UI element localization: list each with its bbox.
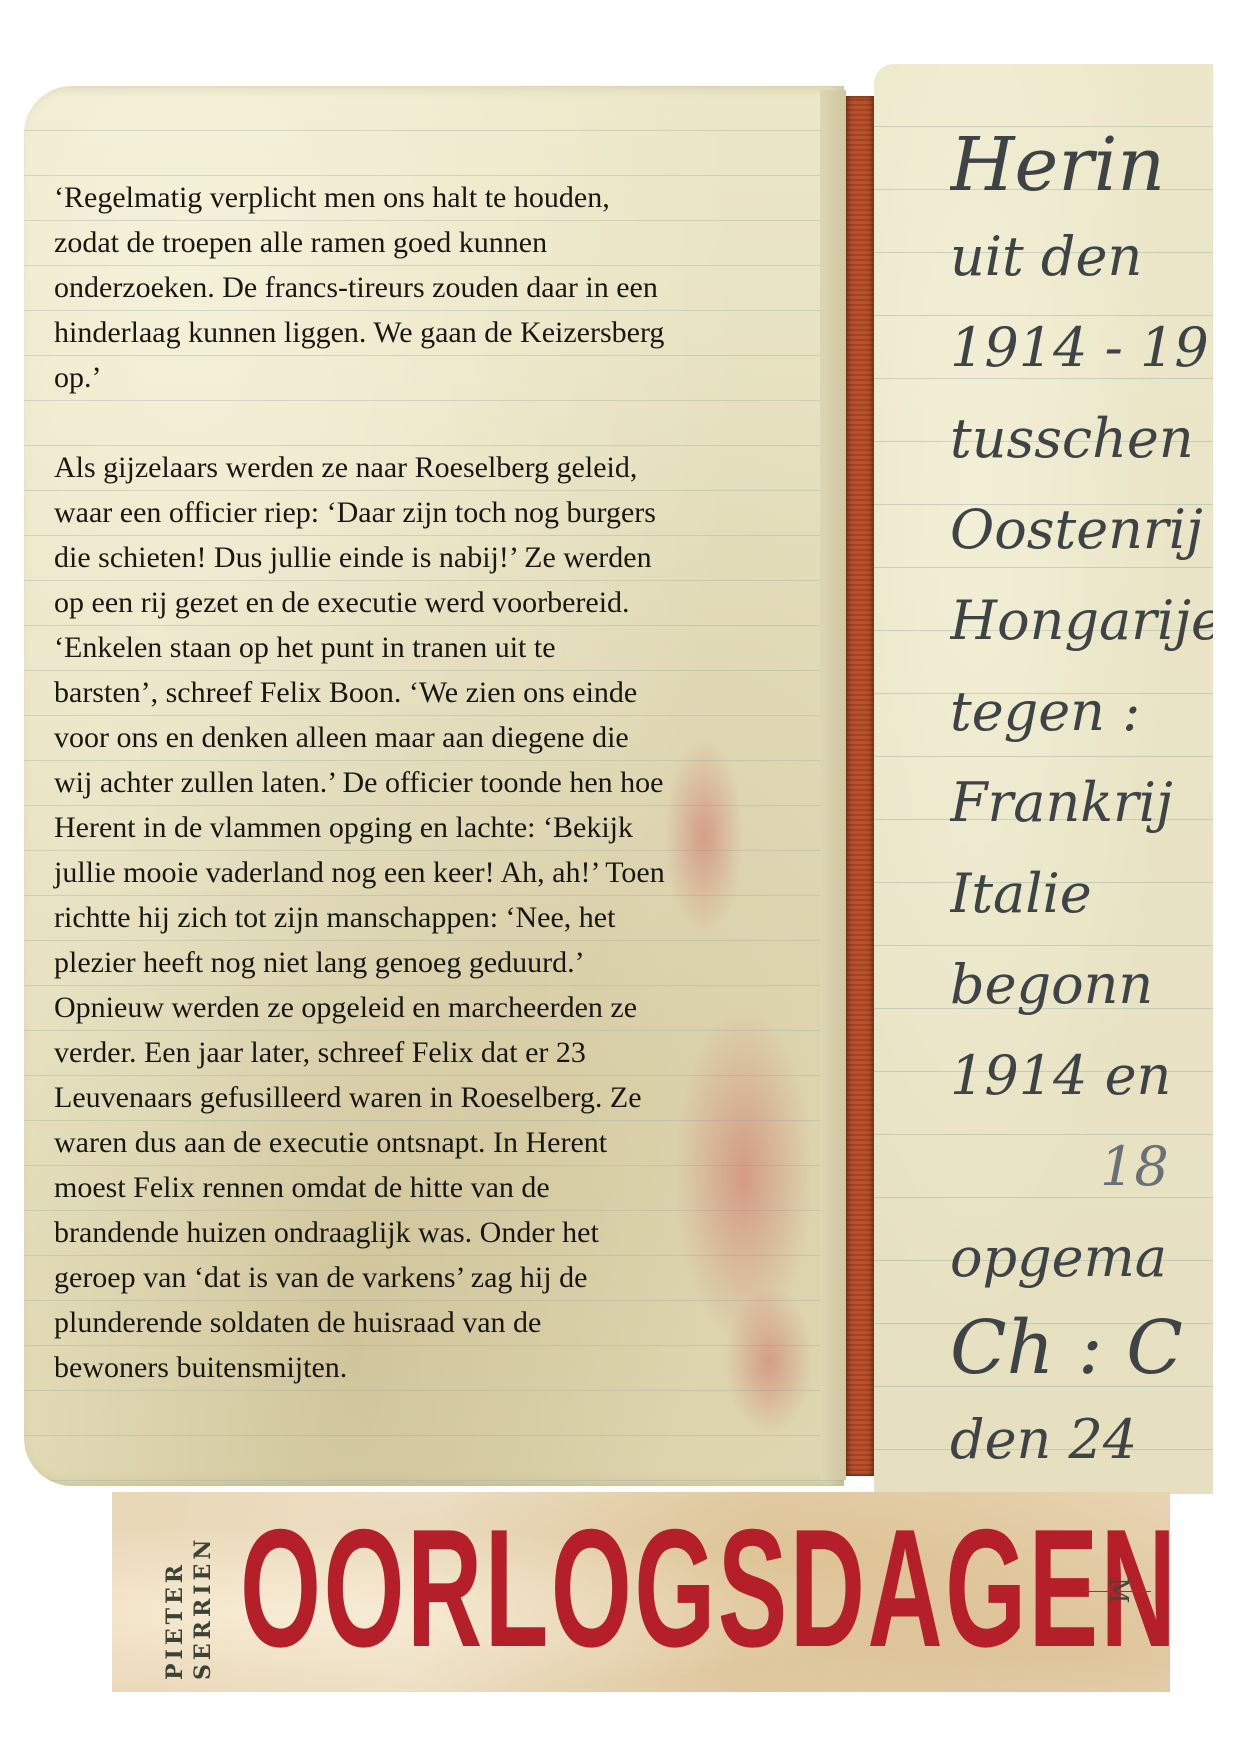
handwriting-line: Oostenrij (950, 484, 1239, 575)
text-line: jullie mooie vaderland nog een keer! Ah,… (54, 850, 814, 895)
handwriting-line: 18 (950, 1121, 1239, 1212)
text-line: bewoners buitensmijten. (54, 1345, 814, 1390)
page-gutter (820, 90, 846, 1480)
handwriting-line: Italie (950, 848, 1239, 939)
paragraph-2: Als gijzelaars werden ze naar Roeselberg… (54, 445, 814, 1390)
author-last-name: SERRIEN (190, 1536, 216, 1680)
text-line: zodat de troepen alle ramen goed kunnen (54, 220, 814, 265)
text-line: plezier heeft nog niet lang genoeg geduu… (54, 940, 814, 985)
handwriting-line: 1914 en (950, 1030, 1239, 1121)
text-line: onderzoeken. De francs-tireurs zouden da… (54, 265, 814, 310)
text-line: richtte hij zich tot zijn manschappen: ‘… (54, 895, 814, 940)
text-line: plunderende soldaten de huisraad van de (54, 1300, 814, 1345)
paragraph-1: ‘Regelmatig verplicht men ons halt te ho… (54, 175, 814, 400)
text-line: op.’ (54, 355, 814, 400)
text-line: brandende huizen ondraaglijk was. Onder … (54, 1210, 814, 1255)
text-line: hinderlaag kunnen liggen. We gaan de Kei… (54, 310, 814, 355)
text-line: barsten’, schreef Felix Boon. ‘We zien o… (54, 670, 814, 715)
page-margin (1213, 0, 1239, 1754)
article-text: ‘Regelmatig verplicht men ons halt te ho… (54, 175, 814, 1390)
text-line: ‘Enkelen staan op het punt in tranen uit… (54, 625, 814, 670)
text-line: die schieten! Dus jullie einde is nabij!… (54, 535, 814, 580)
text-line: op een rij gezet en de executie werd voo… (54, 580, 814, 625)
handwriting-line: Hongarije (950, 575, 1239, 666)
author-name: PIETER SERRIEN (160, 1530, 240, 1680)
handwriting-line: Frankrij (950, 757, 1239, 848)
text-line: wij achter zullen laten.’ De officier to… (54, 760, 814, 805)
text-line: Als gijzelaars werden ze naar Roeselberg… (54, 445, 814, 490)
text-line: Herent in de vlammen opging en lachte: ‘… (54, 805, 814, 850)
book-title: OORLOGSDAGEN (240, 1520, 748, 1656)
notebook-spine (846, 96, 874, 1476)
handwriting-line: tegen : (950, 666, 1239, 757)
handwriting-line: begonn (950, 939, 1239, 1030)
handwriting-line: opgema (950, 1212, 1239, 1303)
text-line: voor ons en denken alleen maar aan diege… (54, 715, 814, 760)
handwritten-text: Herin uit den 1914 - 19 tusschen Oostenr… (950, 120, 1239, 1667)
author-first-name: PIETER (162, 1561, 188, 1680)
text-line: ‘Regelmatig verplicht men ons halt te ho… (54, 175, 814, 220)
handwriting-line: Ch : C (950, 1303, 1239, 1394)
publisher-m-icon: M (1103, 1577, 1133, 1603)
publisher-logo: M (1085, 1579, 1151, 1605)
handwriting-line: tusschen (950, 393, 1239, 484)
text-line: moest Felix rennen omdat de hitte van de (54, 1165, 814, 1210)
text-line: Opnieuw werden ze opgeleid en marcheerde… (54, 985, 814, 1030)
text-line: geroep van ‘dat is van de varkens’ zag h… (54, 1255, 814, 1300)
handwriting-line: den 24 (950, 1394, 1239, 1485)
handwriting-line: 1914 - 19 (950, 302, 1239, 393)
text-line: Leuvenaars gefusilleerd waren in Roeselb… (54, 1075, 814, 1120)
text-line: waren dus aan de executie ontsnapt. In H… (54, 1120, 814, 1165)
handwriting-line: Herin (950, 120, 1239, 211)
text-line: verder. Een jaar later, schreef Felix da… (54, 1030, 814, 1075)
handwriting-line: uit den (950, 211, 1239, 302)
text-line: waar een officier riep: ‘Daar zijn toch … (54, 490, 814, 535)
